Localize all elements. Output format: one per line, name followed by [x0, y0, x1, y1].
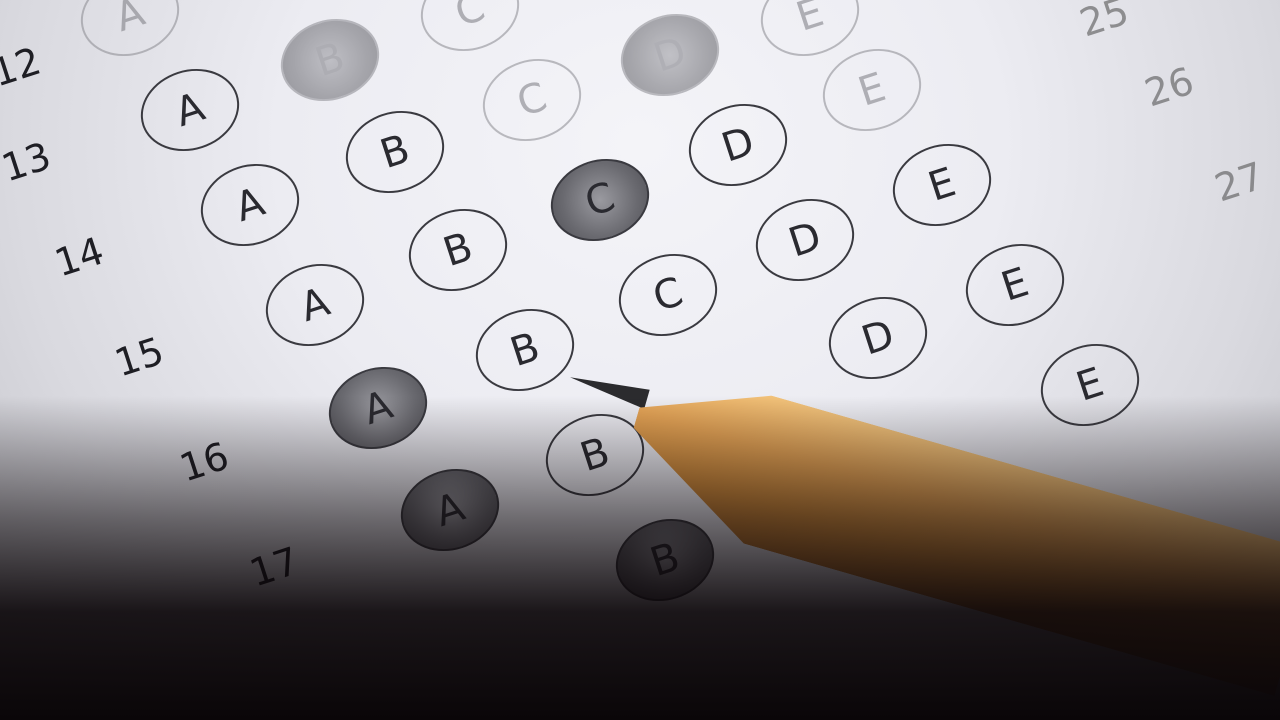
- answer-bubble: C: [472, 47, 592, 154]
- answer-bubble: E: [955, 232, 1075, 339]
- answer-bubble: B: [398, 197, 518, 304]
- question-number: 13: [0, 134, 56, 191]
- answer-bubble-filled: C: [540, 147, 660, 254]
- answer-bubble: D: [745, 187, 865, 294]
- answer-bubble: A: [130, 57, 250, 164]
- answer-bubble: A: [70, 0, 190, 68]
- question-number: 17: [244, 539, 304, 596]
- answer-bubble: C: [608, 242, 728, 349]
- answer-bubble-filled: A: [318, 355, 438, 462]
- answer-bubble: D: [678, 92, 798, 199]
- answer-bubble: E: [882, 132, 1002, 239]
- answer-bubble-filled: A: [390, 457, 510, 564]
- question-number: 27: [1209, 154, 1269, 211]
- question-number: 25: [1074, 0, 1134, 45]
- answer-bubble: E: [812, 37, 932, 144]
- question-number: 15: [109, 329, 169, 386]
- answer-sheet-photo: 12 13 14 15 16 17 25 26 27 A B C D E A B…: [0, 0, 1280, 720]
- answer-bubble: C: [410, 0, 530, 63]
- answer-bubble: A: [255, 252, 375, 359]
- answer-bubble-filled: B: [270, 7, 390, 114]
- question-number: 16: [174, 434, 234, 491]
- question-number: 12: [0, 39, 46, 96]
- answer-bubble: D: [818, 285, 938, 392]
- answer-bubble: B: [335, 99, 455, 206]
- question-number: 14: [49, 229, 109, 286]
- answer-bubble: A: [190, 152, 310, 259]
- answer-bubble-filled: D: [610, 2, 730, 109]
- answer-bubble: E: [1030, 332, 1150, 439]
- question-number: 26: [1139, 59, 1199, 116]
